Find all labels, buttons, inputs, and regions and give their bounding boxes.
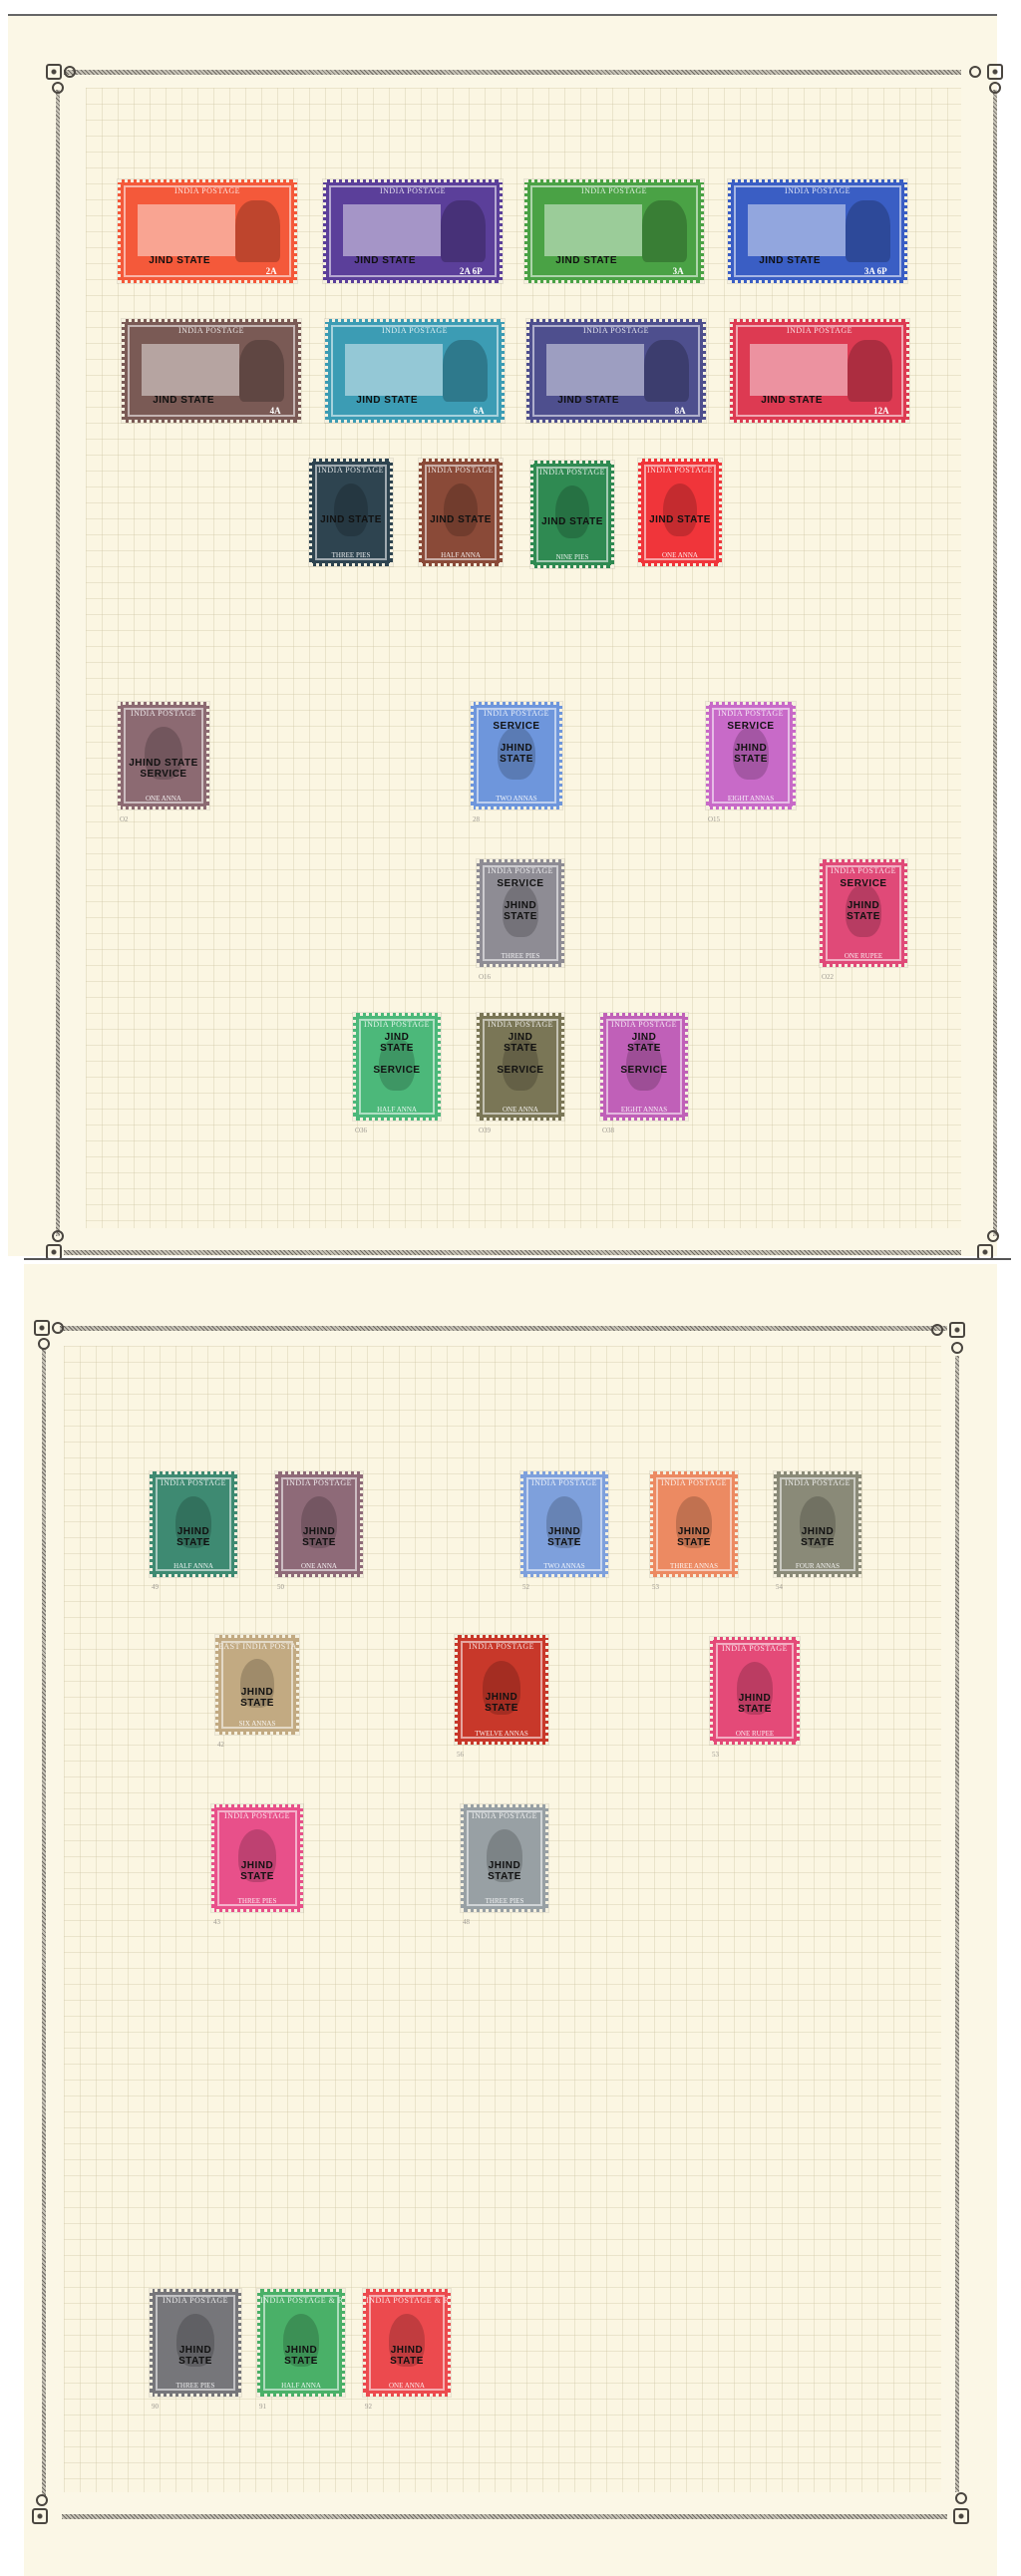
corner-ornament-icon — [987, 64, 1003, 80]
catalog-number: 90 — [152, 2403, 159, 2411]
stamp-value: HALF ANNA — [153, 1562, 234, 1570]
stamp: INDIA POSTAGE JHIND STATE TWO ANNAS — [520, 1471, 608, 1577]
stamp-inscription: INDIA POSTAGE — [523, 1478, 605, 1487]
stamp-value: ONE RUPEE — [713, 1730, 797, 1738]
stamp-value: HALF ANNA — [260, 2382, 342, 2390]
quatrefoil-ornament-icon — [987, 1230, 999, 1242]
stamp: INDIA POSTAGE JHIND STATE THREE PIES — [211, 1804, 303, 1912]
stamp-inscription: INDIA POSTAGE — [422, 466, 500, 475]
stamp-value: 6A — [474, 406, 485, 416]
page-1-top-border — [64, 70, 961, 75]
stamp-value: 3A 6P — [864, 266, 887, 276]
stamp-inscription: INDIA POSTAGE — [641, 466, 719, 475]
king-portrait-icon — [848, 340, 892, 403]
stamp-overprint: JIND STATE — [534, 255, 638, 266]
stamp-value: ONE ANNA — [480, 1106, 561, 1114]
stamp-inscription: INDIA POSTAGE & REVENUE — [366, 2296, 448, 2305]
catalog-number: 52 — [522, 1583, 529, 1591]
stamp-value: 2A — [266, 266, 277, 276]
page-2-left-border — [42, 1348, 46, 2496]
quatrefoil-ornament-icon — [931, 1324, 943, 1336]
catalog-number: O15 — [708, 815, 720, 823]
catalog-number: 50 — [277, 1583, 284, 1591]
stamp-inscription: INDIA POSTAGE — [121, 186, 294, 195]
stamp-overprint: JIND STATE SERVICE — [356, 1032, 438, 1076]
stamp-inscription: INDIA POSTAGE — [527, 186, 701, 195]
stamp-value: THREE PIES — [480, 952, 561, 960]
stamp-value: FOUR ANNAS — [777, 1562, 858, 1570]
corner-ornament-icon — [949, 1322, 965, 1338]
catalog-number: O36 — [355, 1127, 367, 1134]
stamp: INDIA POSTAGE & REVENUE JHIND STATE HALF… — [257, 2289, 345, 2397]
king-portrait-icon — [239, 340, 284, 403]
stamp-inscription: INDIA POSTAGE — [713, 1644, 797, 1653]
stamp: INDIA POSTAGE JIND STATE 3A 6P — [728, 179, 907, 283]
stamp-overprint: JHIND STATE — [153, 2345, 238, 2367]
stamp-value: ONE ANNA — [366, 2382, 448, 2390]
stamp: INDIA POSTAGE JIND STATE SERVICE ONE ANN… — [477, 1013, 564, 1121]
stamp-inscription: INDIA POSTAGE — [603, 1020, 685, 1029]
catalog-number: 48 — [463, 1918, 470, 1926]
stamp: INDIA POSTAGE JHIND STATE SERVICE ONE AN… — [118, 702, 209, 809]
stamp: INDIA POSTAGE SERVICE JHIND STATE ONE RU… — [820, 859, 907, 967]
stamp-overprint: JHIND STATE — [523, 1526, 605, 1548]
stamp-overprint: JHIND STATE — [777, 1526, 858, 1548]
stamp-inscription: INDIA POSTAGE — [709, 709, 793, 718]
page-2-right-border — [955, 1356, 959, 2492]
stamp: INDIA POSTAGE JIND STATE 8A — [526, 319, 706, 423]
stamp-value: 4A — [270, 406, 281, 416]
stamp: INDIA POSTAGE JHIND STATE THREE ANNAS — [650, 1471, 738, 1577]
stamp-overprint: SERVICE JHIND STATE — [474, 721, 559, 765]
quatrefoil-ornament-icon — [52, 1230, 64, 1242]
stamp-overprint: JHIND STATE — [366, 2345, 448, 2367]
stamp-vignette — [750, 344, 847, 397]
stamp-overprint: SERVICE JHIND STATE — [823, 878, 904, 922]
stamp: INDIA POSTAGE JHIND STATE TWELVE ANNAS — [455, 1635, 548, 1745]
corner-ornament-icon — [32, 2508, 48, 2524]
stamp: INDIA POSTAGE JIND STATE SERVICE EIGHT A… — [600, 1013, 688, 1121]
stamp: INDIA POSTAGE JHIND STATE ONE RUPEE — [710, 1637, 800, 1745]
stamp-overprint: JHIND STATE — [464, 1860, 545, 1882]
stamp-overprint: JHIND STATE — [153, 1526, 234, 1548]
stamp: INDIA POSTAGE SERVICE JHIND STATE EIGHT … — [706, 702, 796, 809]
quatrefoil-ornament-icon — [955, 2492, 967, 2504]
stamp-inscription: INDIA POSTAGE — [731, 186, 904, 195]
stamp: INDIA POSTAGE & REVENUE JHIND STATE ONE … — [363, 2289, 451, 2397]
stamp-value: 3A — [673, 266, 684, 276]
king-portrait-icon — [663, 483, 697, 536]
stamp-overprint: SERVICE JHIND STATE — [480, 878, 561, 922]
stamp-value: 12A — [873, 406, 889, 416]
stamp-inscription: INDIA POSTAGE — [121, 709, 206, 718]
stamp-value: EIGHT ANNAS — [709, 795, 793, 803]
king-portrait-icon — [235, 200, 280, 263]
stamp: INDIA POSTAGE JIND STATE SERVICE HALF AN… — [353, 1013, 441, 1121]
stamp-value: ONE RUPEE — [823, 952, 904, 960]
stamp-inscription: INDIA POSTAGE — [326, 186, 500, 195]
quatrefoil-ornament-icon — [64, 66, 76, 78]
stamp-value: ONE ANNA — [121, 795, 206, 803]
stamp-inscription: INDIA POSTAGE — [278, 1478, 360, 1487]
stamp-value: THREE PIES — [464, 1897, 545, 1905]
king-portrait-icon — [846, 200, 890, 263]
catalog-number: 53 — [712, 1751, 719, 1759]
catalog-number: 42 — [217, 1741, 224, 1749]
stamp: INDIA POSTAGE JIND STATE 12A — [730, 319, 909, 423]
catalog-number: O39 — [479, 1127, 491, 1134]
stamp-inscription: INDIA POSTAGE — [733, 326, 906, 335]
stamp-inscription: INDIA POSTAGE — [474, 709, 559, 718]
stamp: INDIA POSTAGE JIND STATE NINE PIES — [530, 461, 614, 568]
stamp-vignette — [142, 344, 238, 397]
stamp-value: THREE PIES — [153, 2382, 238, 2390]
catalog-number: 91 — [259, 2403, 266, 2411]
stamp-overprint: JIND STATE — [533, 516, 611, 527]
stamp-overprint: JHIND STATE — [713, 1693, 797, 1715]
page-2-bottom-border — [62, 2514, 947, 2519]
corner-ornament-icon — [46, 64, 62, 80]
king-portrait-icon — [644, 340, 689, 403]
stamp-overprint: JIND STATE — [536, 395, 640, 406]
stamp-inscription: INDIA POSTAGE — [533, 468, 611, 477]
stamp-overprint: JHIND STATE — [260, 2345, 342, 2367]
stamp-inscription: INDIA POSTAGE — [777, 1478, 858, 1487]
stamp: INDIA POSTAGE JIND STATE HALF ANNA — [419, 459, 503, 566]
stamp-inscription: INDIA POSTAGE — [480, 866, 561, 875]
catalog-number: 92 — [365, 2403, 372, 2411]
stamp-value: NINE PIES — [533, 553, 611, 561]
stamp-value: 2A 6P — [460, 266, 483, 276]
stamp: INDIA POSTAGE JIND STATE 6A — [325, 319, 505, 423]
stamp: INDIA POSTAGE JHIND STATE FOUR ANNAS — [774, 1471, 861, 1577]
stamp-inscription: INDIA POSTAGE — [464, 1811, 545, 1820]
quatrefoil-ornament-icon — [969, 66, 981, 78]
king-portrait-icon — [642, 200, 687, 263]
stamp-value: ONE ANNA — [278, 1562, 360, 1570]
catalog-number: O2 — [120, 815, 129, 823]
stamp-overprint: JIND STATE — [641, 514, 719, 525]
stamp-inscription: INDIA POSTAGE — [153, 1478, 234, 1487]
stamp-value: SIX ANNAS — [218, 1720, 296, 1728]
stamp-overprint: JIND STATE — [132, 395, 235, 406]
stamp: INDIA POSTAGE JHIND STATE THREE PIES — [461, 1804, 548, 1912]
corner-ornament-icon — [34, 1320, 50, 1336]
stamp: INDIA POSTAGE JIND STATE 2A 6P — [323, 179, 503, 283]
stamp: INDIA POSTAGE JIND STATE ONE ANNA — [638, 459, 722, 566]
stamp-overprint: JIND STATE — [740, 395, 844, 406]
stamp-overprint: JIND STATE SERVICE — [603, 1032, 685, 1076]
stamp-overprint: JHIND STATE — [653, 1526, 735, 1548]
stamp-inscription: INDIA POSTAGE — [356, 1020, 438, 1029]
catalog-number: O38 — [602, 1127, 614, 1134]
stamp-inscription: INDIA POSTAGE — [653, 1478, 735, 1487]
stamp: INDIA POSTAGE JHIND STATE HALF ANNA — [150, 1471, 237, 1577]
king-portrait-icon — [443, 340, 488, 403]
stamp-inscription: INDIA POSTAGE — [214, 1811, 300, 1820]
stamp: EAST INDIA POSTAGE JHIND STATE SIX ANNAS — [215, 1635, 299, 1735]
stamp-value: EIGHT ANNAS — [603, 1106, 685, 1114]
catalog-number: O22 — [822, 973, 834, 981]
stamp: INDIA POSTAGE JIND STATE THREE PIES — [309, 459, 393, 566]
catalog-number: 56 — [457, 1751, 464, 1759]
stamp-value: 8A — [675, 406, 686, 416]
catalog-number: 43 — [213, 1918, 220, 1926]
stamp-inscription: INDIA POSTAGE — [823, 866, 904, 875]
stamp-value: HALF ANNA — [356, 1106, 438, 1114]
stamp-value: HALF ANNA — [422, 551, 500, 559]
page-top-edge — [8, 14, 997, 16]
quatrefoil-ornament-icon — [951, 1342, 963, 1354]
king-portrait-icon — [441, 200, 486, 263]
stamp-overprint: JIND STATE SERVICE — [480, 1032, 561, 1076]
stamp-inscription: INDIA POSTAGE — [328, 326, 502, 335]
stamp-value: TWO ANNAS — [474, 795, 559, 803]
stamp-overprint: JIND STATE — [312, 514, 390, 525]
stamp-inscription: INDIA POSTAGE — [458, 1642, 545, 1651]
stamp-vignette — [343, 204, 440, 257]
quatrefoil-ornament-icon — [989, 82, 1001, 94]
stamp-inscription: INDIA POSTAGE — [153, 2296, 238, 2305]
stamp: INDIA POSTAGE JHIND STATE THREE PIES — [150, 2289, 241, 2397]
stamp: INDIA POSTAGE JIND STATE 3A — [524, 179, 704, 283]
stamp-value: THREE ANNAS — [653, 1562, 735, 1570]
page-1-bottom-border — [64, 1250, 961, 1255]
catalog-number: 49 — [152, 1583, 159, 1591]
quatrefoil-ornament-icon — [38, 1338, 50, 1350]
page-2-top-border — [60, 1326, 947, 1331]
king-portrait-icon — [334, 483, 368, 536]
page-1-right-border — [993, 90, 997, 1236]
stamp-overprint: JIND STATE — [422, 514, 500, 525]
stamp: INDIA POSTAGE SERVICE JHIND STATE TWO AN… — [471, 702, 562, 809]
stamp-overprint: JHIND STATE — [214, 1860, 300, 1882]
stamp-overprint: SERVICE JHIND STATE — [709, 721, 793, 765]
stamp-inscription: INDIA POSTAGE — [480, 1020, 561, 1029]
stamp-vignette — [748, 204, 845, 257]
page-1-bottom-edge — [24, 1258, 1011, 1260]
stamp-value: THREE PIES — [214, 1897, 300, 1905]
stamp-overprint: JIND STATE — [335, 395, 439, 406]
stamp-overprint: JHIND STATE SERVICE — [121, 758, 206, 780]
stamp-overprint: JIND STATE — [128, 255, 231, 266]
stamp-overprint: JIND STATE — [738, 255, 842, 266]
king-portrait-icon — [444, 483, 478, 536]
page-1-left-border — [56, 90, 60, 1236]
stamp-inscription: EAST INDIA POSTAGE — [218, 1642, 296, 1651]
quatrefoil-ornament-icon — [52, 82, 64, 94]
stamp-vignette — [546, 344, 643, 397]
stamp-overprint: JHIND STATE — [278, 1526, 360, 1548]
catalog-number: 53 — [652, 1583, 659, 1591]
stamp-inscription: INDIA POSTAGE — [125, 326, 298, 335]
stamp-value: TWELVE ANNAS — [458, 1730, 545, 1738]
stamp-inscription: INDIA POSTAGE — [529, 326, 703, 335]
quatrefoil-ornament-icon — [36, 2494, 48, 2506]
catalog-number: 54 — [776, 1583, 783, 1591]
stamp-inscription: INDIA POSTAGE — [312, 466, 390, 475]
stamp-inscription: INDIA POSTAGE & REVENUE — [260, 2296, 342, 2305]
stamp-vignette — [138, 204, 234, 257]
quatrefoil-ornament-icon — [52, 1322, 64, 1334]
stamp-vignette — [345, 344, 442, 397]
stamp: INDIA POSTAGE JIND STATE 4A — [122, 319, 301, 423]
stamp-vignette — [544, 204, 641, 257]
stamp-value: TWO ANNAS — [523, 1562, 605, 1570]
stamp: INDIA POSTAGE JHIND STATE ONE ANNA — [275, 1471, 363, 1577]
stamp-overprint: JHIND STATE — [218, 1687, 296, 1709]
catalog-number: O16 — [479, 973, 491, 981]
catalog-number: 28 — [473, 815, 480, 823]
stamp-overprint: JHIND STATE — [458, 1692, 545, 1714]
stamp-overprint: JIND STATE — [333, 255, 437, 266]
stamp-value: THREE PIES — [312, 551, 390, 559]
king-portrait-icon — [555, 485, 589, 538]
stamp: INDIA POSTAGE JIND STATE 2A — [118, 179, 297, 283]
stamp-value: ONE ANNA — [641, 551, 719, 559]
corner-ornament-icon — [953, 2508, 969, 2524]
stamp: INDIA POSTAGE SERVICE JHIND STATE THREE … — [477, 859, 564, 967]
